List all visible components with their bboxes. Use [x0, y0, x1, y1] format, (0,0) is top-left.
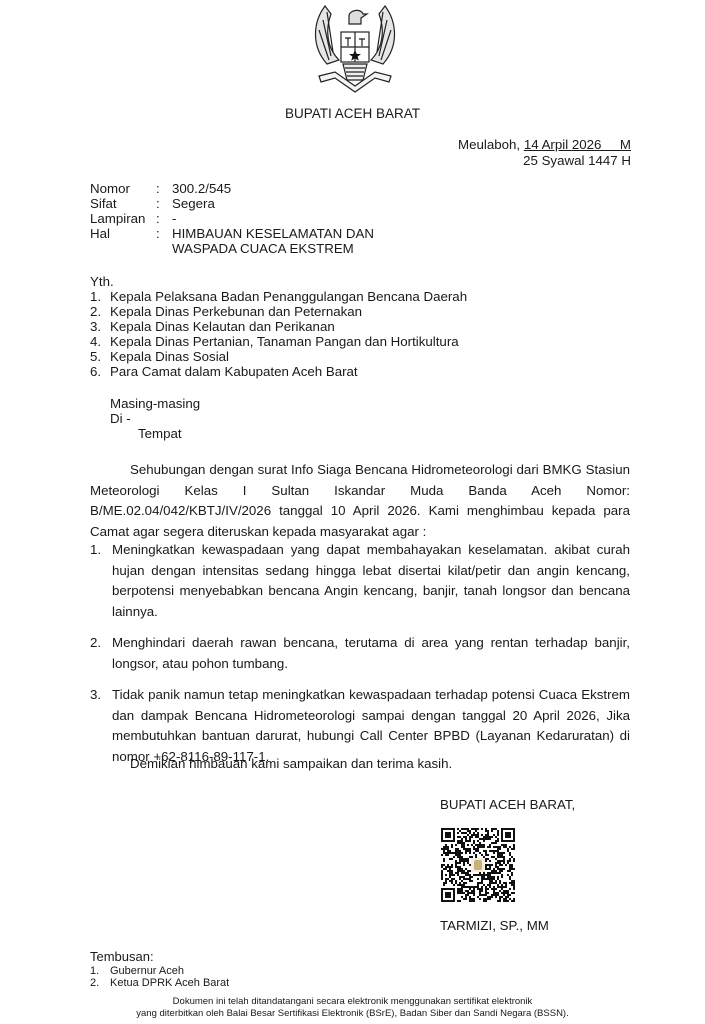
- item-number: 6.: [90, 364, 110, 379]
- signatory-name: TARMIZI, SP., MM: [440, 918, 549, 933]
- item-text: Kepala Dinas Sosial: [110, 349, 229, 364]
- item-number: 2.: [90, 304, 110, 319]
- intro-paragraph: Sehubungan dengan surat Info Siaga Benca…: [90, 460, 630, 542]
- appeal-point: 1.Meningkatkan kewaspadaan yang dapat me…: [90, 540, 630, 622]
- item-text: Gubernur Aceh: [110, 965, 184, 978]
- item-number: 4.: [90, 334, 110, 349]
- meta-value: Segera: [172, 196, 412, 211]
- recipient-item: 2.Kepala Dinas Perkebunan dan Peternakan: [90, 304, 467, 319]
- tempat: Tempat: [110, 426, 200, 441]
- meta-value: HIMBAUAN KESELAMATAN DAN WASPADA CUACA E…: [172, 226, 382, 256]
- meta-colon: :: [156, 196, 172, 211]
- recipient-item: 6.Para Camat dalam Kabupaten Aceh Barat: [90, 364, 467, 379]
- date-hijri: 25 Syawal 1447 H: [458, 153, 631, 169]
- item-text: Kepala Dinas Pertanian, Tanaman Pangan d…: [110, 334, 459, 349]
- tembusan-item: 2.Ketua DPRK Aceh Barat: [90, 977, 229, 990]
- item-number: 1.: [90, 289, 110, 304]
- point-text: Meningkatkan kewaspadaan yang dapat memb…: [112, 540, 630, 622]
- meta-value: 300.2/545: [172, 181, 412, 196]
- recipients: Yth. 1.Kepala Pelaksana Badan Penanggula…: [90, 274, 467, 379]
- appeal-point: 3.Tidak panik namun tetap meningkatkan k…: [90, 685, 630, 767]
- body-intro: Sehubungan dengan surat Info Siaga Benca…: [90, 460, 630, 542]
- footer-line-2: yang diterbitkan oleh Balai Besar Sertif…: [0, 1008, 705, 1020]
- point-number: 2.: [90, 633, 112, 674]
- meta-colon: :: [156, 211, 172, 226]
- item-text: Para Camat dalam Kabupaten Aceh Barat: [110, 364, 358, 379]
- footer-line-1: Dokumen ini telah ditandatangani secara …: [0, 996, 705, 1008]
- tembusan: Tembusan: 1.Gubernur Aceh 2.Ketua DPRK A…: [90, 951, 229, 990]
- garuda-emblem-icon: [305, 2, 405, 100]
- meta-lampiran: Lampiran : -: [90, 211, 412, 226]
- recipient-item: 1.Kepala Pelaksana Badan Penanggulangan …: [90, 289, 467, 304]
- salutation: Yth.: [90, 274, 467, 289]
- recipient-item: 5.Kepala Dinas Sosial: [90, 349, 467, 364]
- di: Di -: [110, 411, 200, 426]
- item-number: 1.: [90, 965, 110, 978]
- item-number: 2.: [90, 977, 110, 990]
- meta-sifat: Sifat : Segera: [90, 196, 412, 211]
- recipient-address: Masing-masing Di - Tempat: [110, 396, 200, 441]
- recipient-item: 4.Kepala Dinas Pertanian, Tanaman Pangan…: [90, 334, 467, 349]
- meta-label: Lampiran: [90, 211, 156, 226]
- closing-sentence: Demikian himbauan kami sampaikan dan ter…: [130, 756, 452, 771]
- date-block: Meulaboh, 14 Arpil 2026 M 25 Syawal 1447…: [458, 137, 631, 169]
- meta-nomor: Nomor : 300.2/545: [90, 181, 412, 196]
- point-text: Menghindari daerah rawan bencana, teruta…: [112, 633, 630, 674]
- letter-meta: Nomor : 300.2/545 Sifat : Segera Lampira…: [90, 181, 412, 256]
- item-number: 5.: [90, 349, 110, 364]
- meta-colon: :: [156, 181, 172, 196]
- meta-label: Sifat: [90, 196, 156, 211]
- item-number: 3.: [90, 319, 110, 334]
- appeal-point: 2.Menghindari daerah rawan bencana, teru…: [90, 633, 630, 674]
- item-text: Kepala Pelaksana Badan Penanggulangan Be…: [110, 289, 467, 304]
- appeal-points: 1.Meningkatkan kewaspadaan yang dapat me…: [90, 540, 630, 778]
- date-place: Meulaboh,: [458, 137, 524, 152]
- meta-colon: :: [156, 226, 172, 256]
- tembusan-item: 1.Gubernur Aceh: [90, 965, 229, 978]
- item-text: Kepala Dinas Kelautan dan Perikanan: [110, 319, 335, 334]
- recipient-item: 3.Kepala Dinas Kelautan dan Perikanan: [90, 319, 467, 334]
- masing-masing: Masing-masing: [110, 396, 200, 411]
- meta-value: -: [172, 211, 412, 226]
- qr-code-icon: [441, 828, 515, 902]
- e-signature-footer: Dokumen ini telah ditandatangani secara …: [0, 996, 705, 1020]
- tembusan-heading: Tembusan:: [90, 951, 229, 964]
- point-text: Tidak panik namun tetap meningkatkan kew…: [112, 685, 630, 767]
- meta-label: Hal: [90, 226, 156, 256]
- meta-label: Nomor: [90, 181, 156, 196]
- point-number: 3.: [90, 685, 112, 767]
- item-text: Ketua DPRK Aceh Barat: [110, 977, 229, 990]
- item-text: Kepala Dinas Perkebunan dan Peternakan: [110, 304, 362, 319]
- date-gregorian: 14 Arpil 2026 M: [524, 137, 631, 152]
- point-number: 1.: [90, 540, 112, 622]
- signatory-title: BUPATI ACEH BARAT,: [440, 797, 575, 812]
- meta-hal: Hal : HIMBAUAN KESELAMATAN DAN WASPADA C…: [90, 226, 412, 256]
- letterhead-title: BUPATI ACEH BARAT: [0, 106, 705, 121]
